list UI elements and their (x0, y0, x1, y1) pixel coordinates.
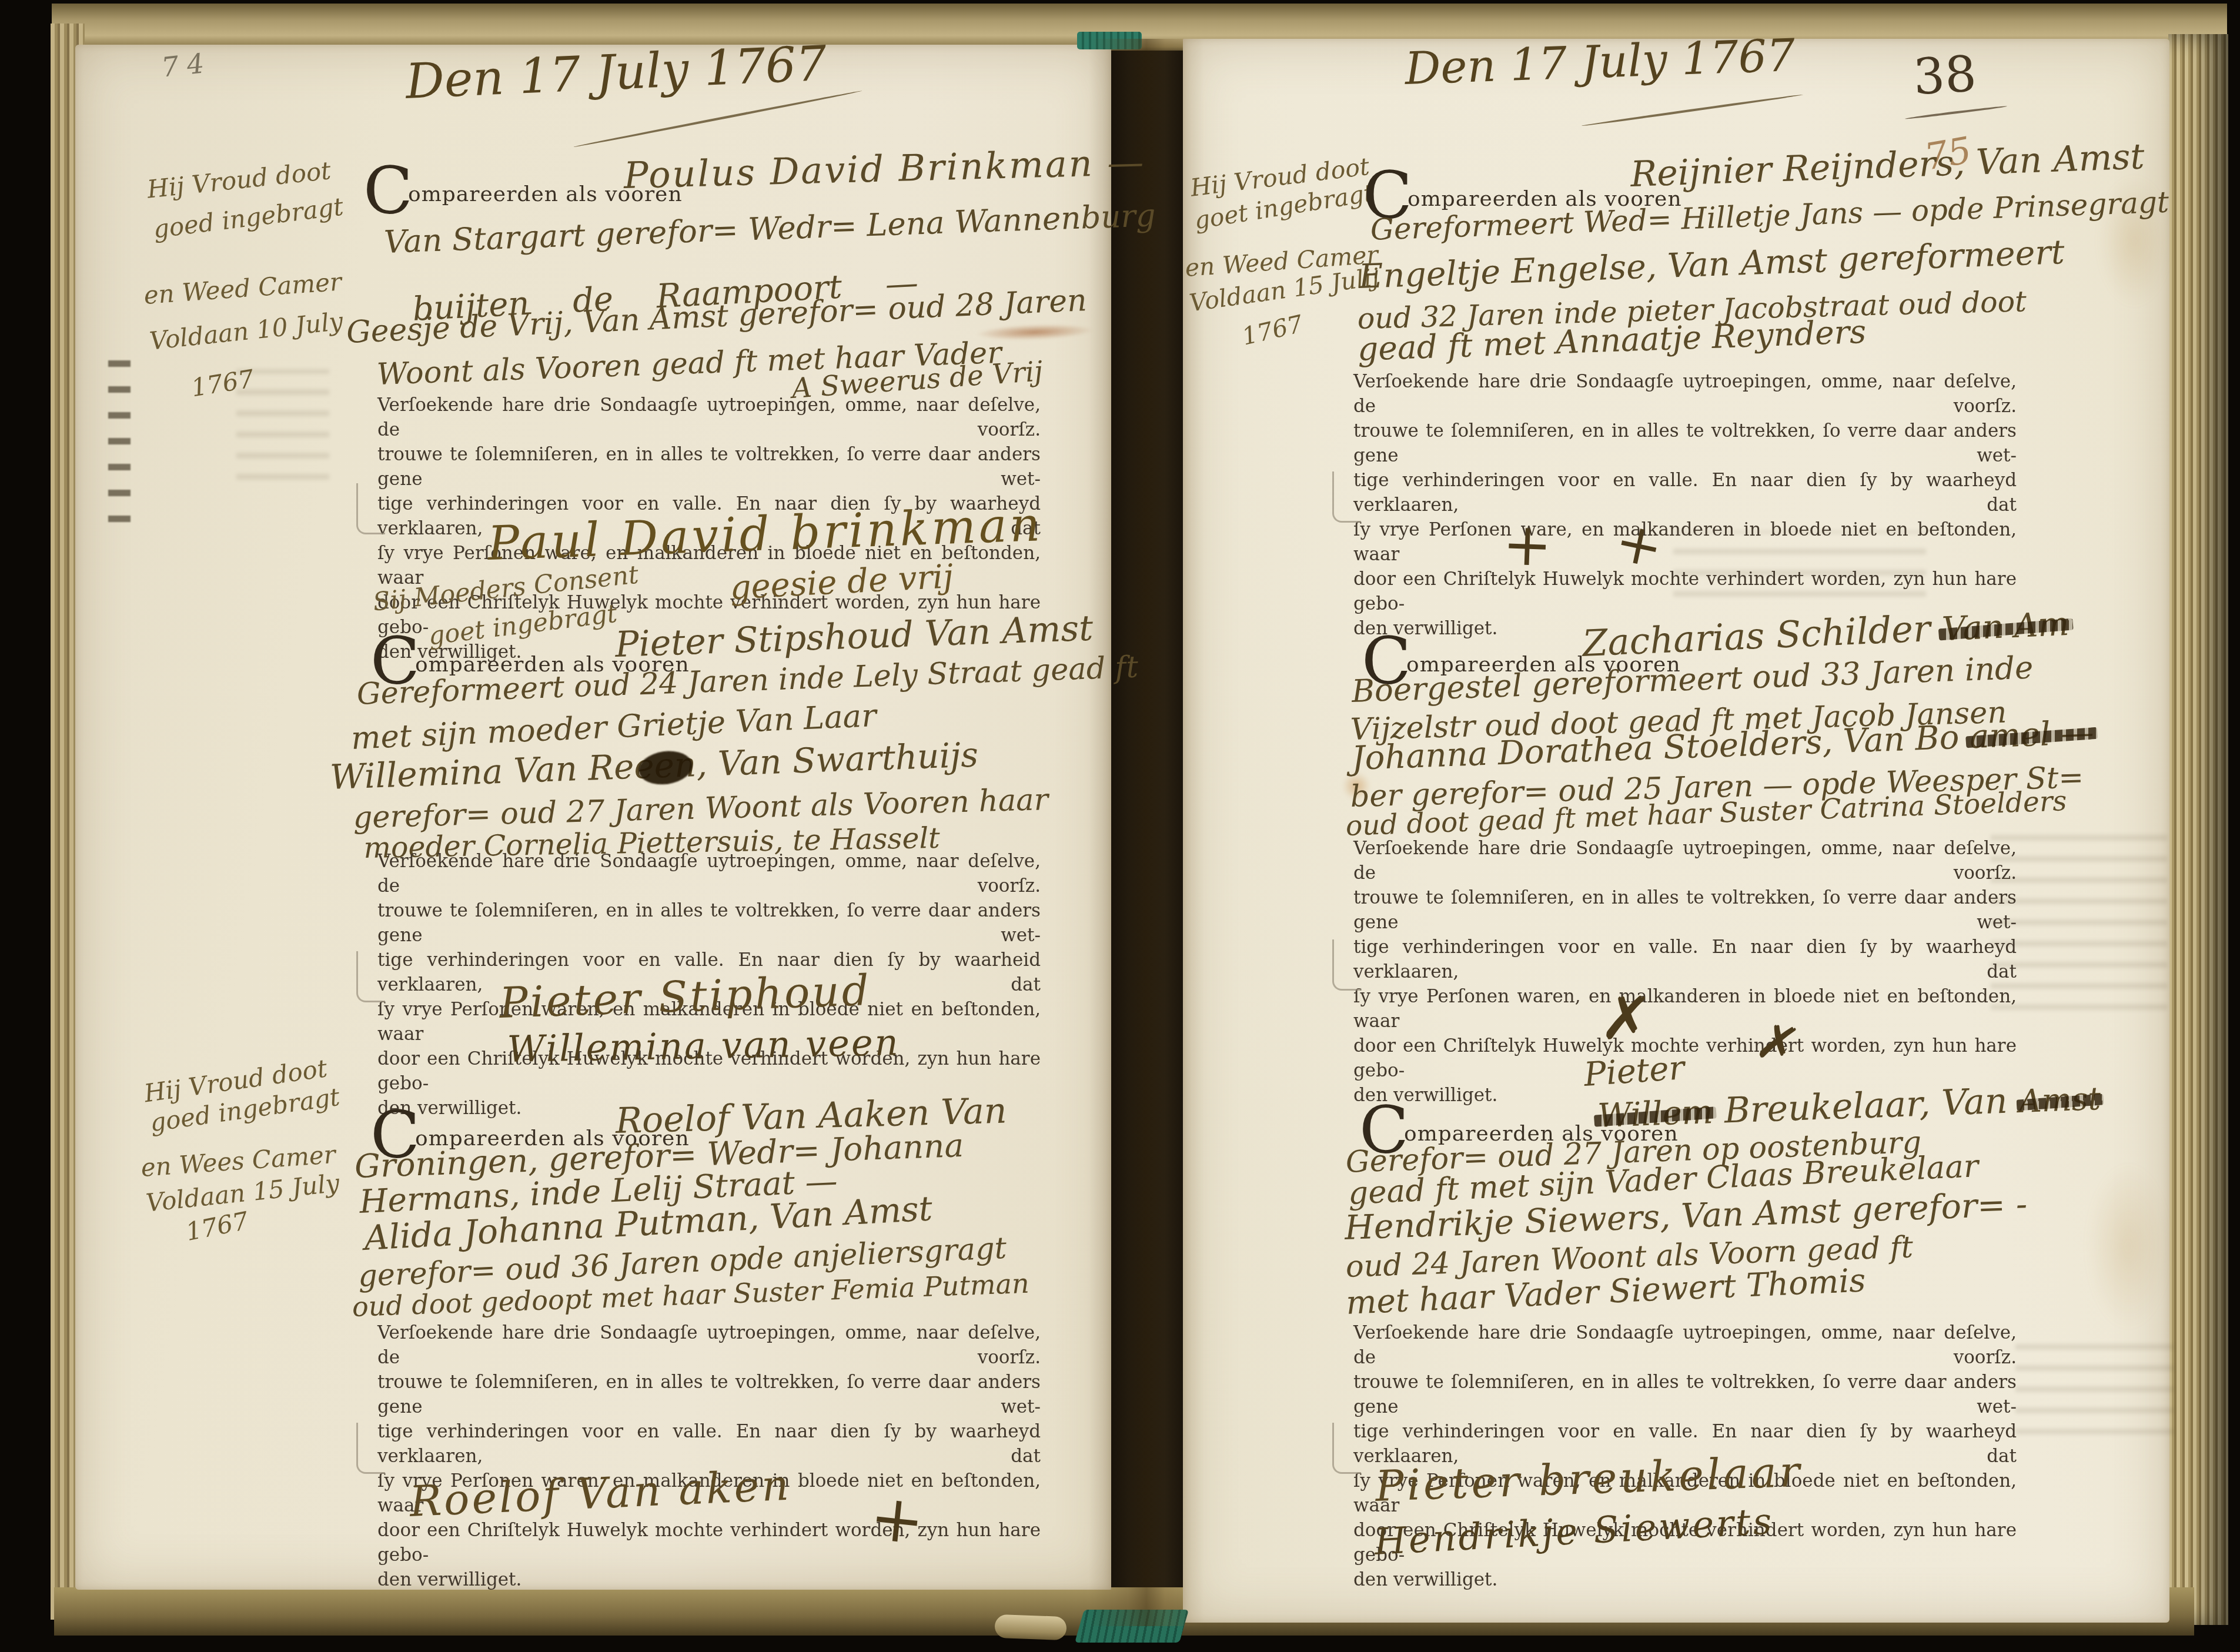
corner-bracket-icon (1332, 471, 1361, 523)
printed-line: door een Chriſtelyk Huwelyk mochte verhi… (377, 1518, 1041, 1567)
printed-paragraph: Verſoekende hare drie Sondaagſe uytroepi… (1353, 369, 2017, 641)
struck-text: Amst (2018, 1080, 2101, 1120)
printed-line: trouwe te ſolemniſeren, en in alles te v… (1353, 419, 2017, 468)
signature-cross-icon: ✗ (1598, 981, 1654, 1056)
printed-line: trouwe te ſolemniſeren, en in alles te v… (377, 442, 1041, 491)
printed-line: ſy vrye Perſonen waren, en malkanderen i… (1353, 984, 2017, 1034)
printed-line: door een Chriſtelyk Huwelyk mochte verhi… (1353, 1034, 2017, 1083)
corner-bracket-icon (1332, 1423, 1361, 1474)
bleed-through (1991, 834, 2167, 1010)
printed-line: trouwe te ſolemniſeren, en in alles te v… (1353, 885, 2017, 935)
printed-paragraph: Verſoekende hare drie Sondaagſe uytroepi… (377, 1320, 1041, 1592)
foxing-stain (2087, 1164, 2169, 1329)
folio-number-left: 74 (160, 46, 214, 83)
page-number-right: 38 (1912, 45, 1978, 105)
printed-line: Verſoekende hare drie Sondaagſe uytroepi… (1353, 1320, 2017, 1370)
corner-bracket-icon (356, 951, 385, 1002)
printed-paragraph: Verſoekende hare drie Sondaagſe uytroepi… (1353, 836, 2017, 1108)
corner-bracket-icon (1332, 939, 1361, 991)
struck-text: Willem (1597, 1093, 1714, 1135)
corner-bracket-icon (356, 1423, 385, 1474)
bleed-through (108, 352, 131, 522)
printed-line: tige verhinderingen voor en valle. En na… (1353, 935, 2017, 984)
correction-note: Pieter (1583, 1049, 1686, 1094)
register-scan: 74 Den 17 July 1767 Hij Vroud doot goed … (0, 0, 2240, 1652)
printed-line: den verwilliget. (377, 1567, 1041, 1592)
printed-line: trouwe te ſolemniſeren, en in alles te v… (1353, 1370, 2017, 1419)
printed-line: Verſoekende hare drie Sondaagſe uytroepi… (377, 393, 1041, 442)
corner-bracket-icon (356, 483, 385, 534)
printed-line: Verſoekende hare drie Sondaagſe uytroepi… (1353, 369, 2017, 419)
page-stack-edge (2168, 34, 2228, 1625)
printed-line: den verwilliget. (1353, 1567, 2017, 1592)
signature-cross-icon: + (867, 1479, 928, 1560)
struck-text: amel — (1969, 714, 2094, 756)
binding-cord-icon (994, 1614, 1066, 1640)
printed-line: trouwe te ſolemniſeren, en in alles te v… (377, 1370, 1041, 1419)
printed-line: Verſoekende hare drie Sondaagſe uytroepi… (1353, 836, 2017, 885)
printed-line: Verſoekende hare drie Sondaagſe uytroepi… (377, 849, 1041, 898)
signature-cross-icon: + (1502, 510, 1553, 580)
printed-line: trouwe te ſolemniſeren, en in alles te v… (377, 898, 1041, 948)
printed-line: tige verhinderingen voor en valle. En na… (1353, 468, 2017, 517)
signature: Willemina van veen (507, 1021, 900, 1071)
printed-line: Verſoekende hare drie Sondaagſe uytroepi… (377, 1320, 1041, 1370)
printed-line: ſy vrye Perſonen ware, en malkanderen in… (1353, 517, 2017, 567)
opener-initial: C (363, 166, 413, 216)
printed-line: tige verhinderingen voor en valle. En na… (377, 1419, 1041, 1469)
bleed-through (2015, 1335, 2174, 1434)
struck-text: Van Am (1941, 605, 2070, 648)
